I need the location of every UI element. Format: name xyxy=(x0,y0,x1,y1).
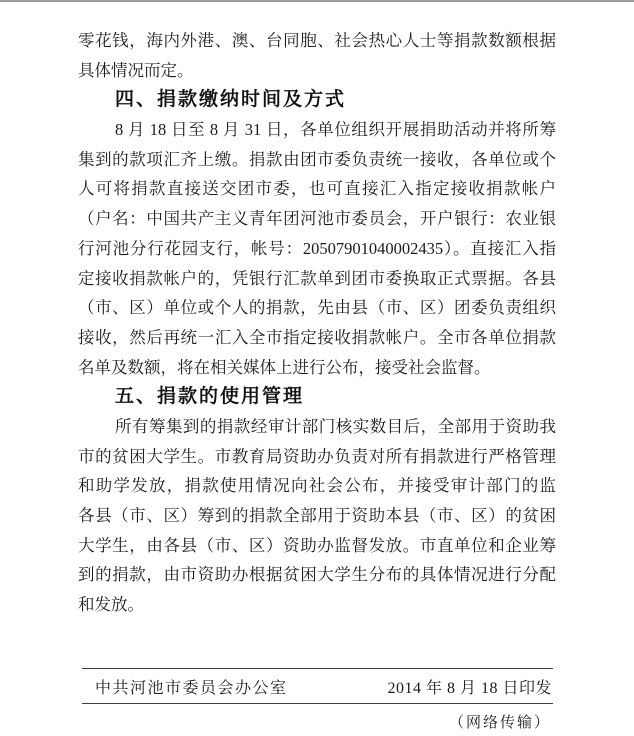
document-line: 和助学发放，捐款使用情况向社会公布，并接受审计部门的监督。 xyxy=(78,471,556,501)
document-line: 名单及数额，将在相关媒体上进行公布，接受社会监督。 xyxy=(78,353,556,383)
document-line-account: 行河池分行花园支行，帐号：20507901040002435）。直接汇入指 xyxy=(78,234,556,264)
document-line: 集到的款项汇齐上缴。捐款由团市委负责统一接收，各单位或个 xyxy=(78,145,556,175)
document-footer: 中共河池市委员会办公室 2014 年 8 月 18 日印发 （网络传输） xyxy=(82,668,553,732)
document-line: （户名：中国共产主义青年团河池市委员会，开户银行：农业银 xyxy=(78,204,556,234)
footer-issuer-row: 中共河池市委员会办公室 2014 年 8 月 18 日印发 xyxy=(82,668,553,704)
document-line: （市、区）单位或个人的捐款，先由县（市、区）团委负责组织 xyxy=(78,293,556,323)
document-line: 市的贫困大学生。市教育局资助办负责对所有捐款进行严格管理 xyxy=(78,442,556,472)
document-body: 零花钱，海内外港、澳、台同胞、社会热心人士等捐款数额根据 具体情况而定。 四、捐… xyxy=(78,2,556,620)
issuing-office: 中共河池市委员会办公室 xyxy=(82,675,288,698)
transmission-note: （网络传输） xyxy=(82,711,553,732)
print-date: 2014 年 8 月 18 日印发 xyxy=(387,675,553,698)
document-line: 定接收捐款帐户的，凭银行汇款单到团市委换取正式票据。各县 xyxy=(78,264,556,294)
document-line: 零花钱，海内外港、澳、台同胞、社会热心人士等捐款数额根据 xyxy=(78,26,556,56)
document-line: 8 月 18 日至 8 月 31 日，各单位组织开展捐助活动并将所筹 xyxy=(78,115,556,145)
document-line: 到的捐款，由市资助办根据贫困大学生分布的具体情况进行分配 xyxy=(78,560,556,590)
section-heading-5: 五、捐款的使用管理 xyxy=(78,382,556,412)
document-line: 所有筹集到的捐款经审计部门核实数目后，全部用于资助我 xyxy=(78,412,556,442)
document-line: 具体情况而定。 xyxy=(78,56,556,86)
document-line: 接收，然后再统一汇入全市指定接收捐款帐户。全市各单位捐款 xyxy=(78,323,556,353)
document-page: 零花钱，海内外港、澳、台同胞、社会热心人士等捐款数额根据 具体情况而定。 四、捐… xyxy=(0,0,634,736)
document-line: 大学生，由各县（市、区）资助办监督发放。市直单位和企业筹 xyxy=(78,531,556,561)
section-heading-4: 四、捐款缴纳时间及方式 xyxy=(78,85,556,115)
document-line: 各县（市、区）筹到的捐款全部用于资助本县（市、区）的贫困 xyxy=(78,501,556,531)
document-line: 人可将捐款直接送交团市委，也可直接汇入指定接收捐款帐户 xyxy=(78,174,556,204)
document-line: 和发放。 xyxy=(78,590,556,620)
